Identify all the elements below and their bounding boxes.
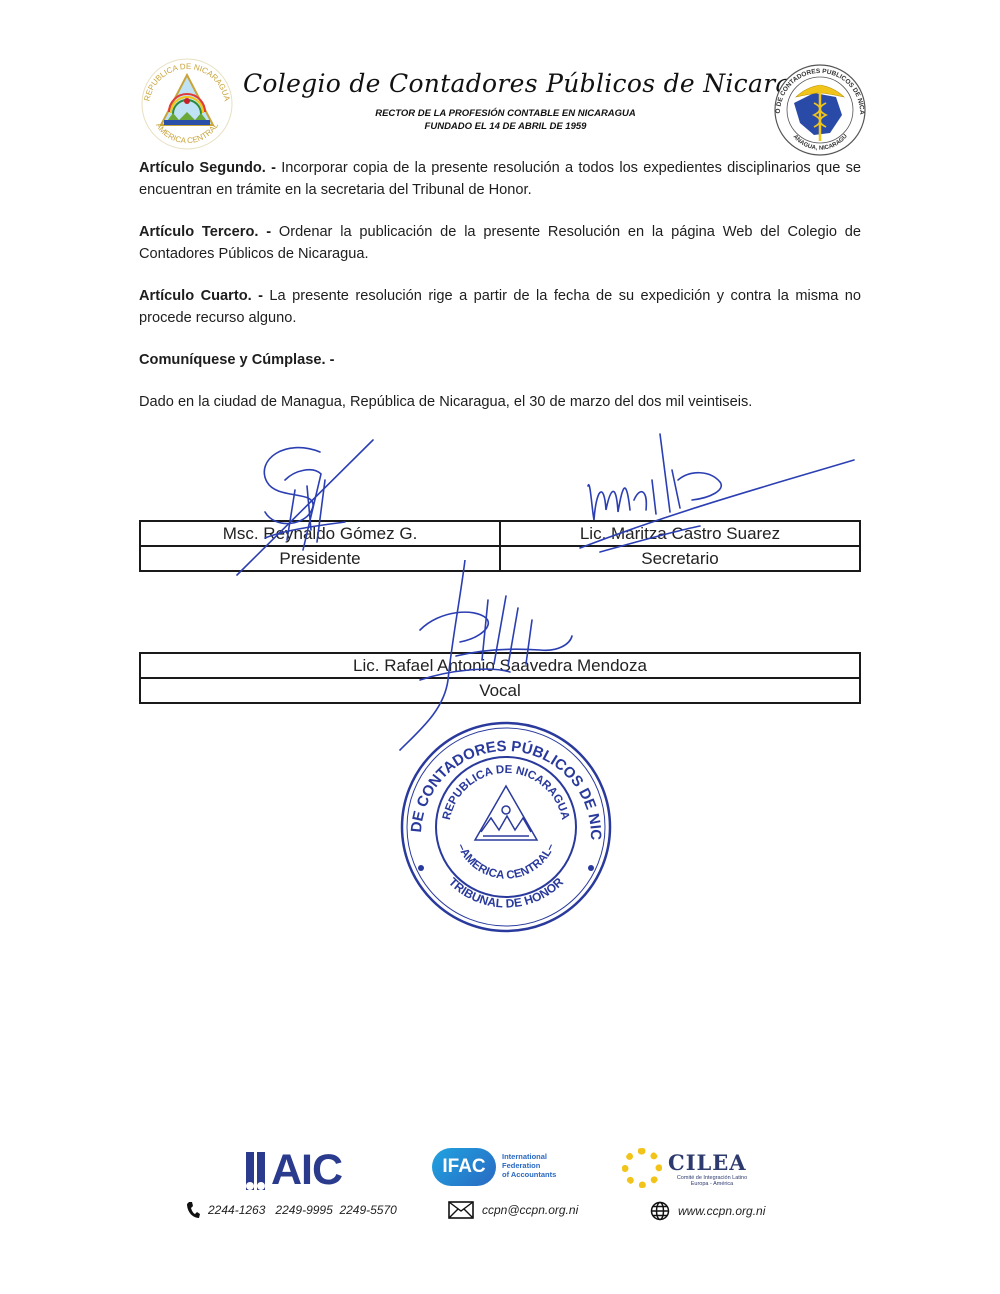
envelope-icon	[448, 1201, 474, 1219]
article-heading: Artículo Tercero. -	[139, 224, 271, 240]
signatory-name: Lic. Rafael Antonio Saavedra Mendoza	[140, 653, 860, 678]
article-heading: Artículo Segundo. -	[139, 160, 276, 176]
tribunal-de-honor-stamp: COLEGIO DE CONTADORES PÚBLICOS DE NICARA…	[397, 718, 615, 936]
contact-email[interactable]: ccpn@ccpn.org.ni	[448, 1201, 578, 1219]
signature-table-officers: Msc. Reynaldo Gómez G. Lic. Maritza Cast…	[139, 520, 861, 572]
nicaragua-coat-of-arms-icon: REPUBLICA DE NICARAGUA AMERICA CENTRAL	[137, 57, 237, 151]
closing-text: Comuníquese y Cúmplase. -	[139, 352, 334, 368]
signatory-role: Presidente	[140, 546, 500, 571]
aic-bars-icon	[246, 1152, 265, 1190]
dated-statement: Dado en la ciudad de Managua, República …	[139, 391, 861, 413]
ifac-logo: IFAC International Federation of Account…	[432, 1148, 557, 1188]
cilea-subtitle: Comité de Integración Latino Europa - Am…	[672, 1175, 752, 1187]
email-link[interactable]: ccpn@ccpn.org.ni	[482, 1203, 578, 1217]
signatory-role: Secretario	[500, 546, 860, 571]
phone-icon	[186, 1201, 200, 1219]
cilea-logo: CILEA Comité de Integración Latino Europ…	[622, 1148, 802, 1190]
aic-logo-text: AIC	[271, 1146, 342, 1195]
ifac-subtitle-line: International	[502, 1152, 556, 1161]
subtitle-line-1: RECTOR DE LA PROFESIÓN CONTABLE EN NICAR…	[243, 107, 768, 120]
article-heading: Artículo Cuarto. -	[139, 288, 263, 304]
signatory-role: Vocal	[140, 678, 860, 703]
organization-name: Colegio de Contadores Públicos de Nicara…	[243, 69, 768, 98]
signatory-name: Lic. Maritza Castro Suarez	[500, 521, 860, 546]
globe-icon	[650, 1201, 670, 1221]
ccpn-caduceus-seal-icon: COLEGIO DE CONTADORES PUBLICOS DE NICARA…	[770, 63, 870, 157]
organization-subtitle: RECTOR DE LA PROFESIÓN CONTABLE EN NICAR…	[243, 107, 768, 133]
subtitle-line-2: FUNDADO EL 14 DE ABRIL DE 1959	[243, 120, 768, 133]
article-fourth: Artículo Cuarto. - La presente resolució…	[139, 285, 861, 329]
website-link[interactable]: www.ccpn.org.ni	[678, 1204, 765, 1218]
svg-text:COLEGIO DE CONTADORES PÚBLICOS: COLEGIO DE CONTADORES PÚBLICOS DE NICARA…	[397, 718, 604, 840]
phone-numbers: 2244-1263 2249-9995 2249-5570	[208, 1203, 397, 1217]
svg-text:REPUBLICA DE NICARAGUA: REPUBLICA DE NICARAGUA	[441, 764, 571, 821]
aic-logo: AIC	[246, 1146, 342, 1195]
article-second: Artículo Segundo. - Incorporar copia de …	[139, 157, 861, 201]
signatory-name: Msc. Reynaldo Gómez G.	[140, 521, 500, 546]
footer: AIC IFAC International Federation of Acc…	[170, 1140, 810, 1230]
closing-statement: Comuníquese y Cúmplase. -	[139, 349, 861, 371]
signature-table-vocal: Lic. Rafael Antonio Saavedra Mendoza Voc…	[139, 652, 861, 704]
svg-text:–AMERICA CENTRAL–: –AMERICA CENTRAL–	[455, 841, 558, 881]
ifac-subtitle-line: Federation	[502, 1161, 556, 1170]
letterhead: REPUBLICA DE NICARAGUA AMERICA CENTRAL C…	[135, 55, 870, 155]
ifac-subtitle-line: of Accountants	[502, 1170, 556, 1179]
ifac-subtitle: International Federation of Accountants	[502, 1152, 556, 1179]
article-third: Artículo Tercero. - Ordenar la publicaci…	[139, 221, 861, 265]
contact-phones: 2244-1263 2249-9995 2249-5570	[186, 1201, 397, 1219]
ifac-badge: IFAC	[432, 1148, 496, 1186]
cilea-subtitle-line: Europa - América	[672, 1181, 752, 1187]
resolution-body: Artículo Segundo. - Incorporar copia de …	[139, 157, 861, 433]
cilea-logo-text: CILEA	[668, 1150, 747, 1175]
contact-website[interactable]: www.ccpn.org.ni	[650, 1201, 765, 1221]
cilea-sun-icon	[622, 1148, 662, 1188]
